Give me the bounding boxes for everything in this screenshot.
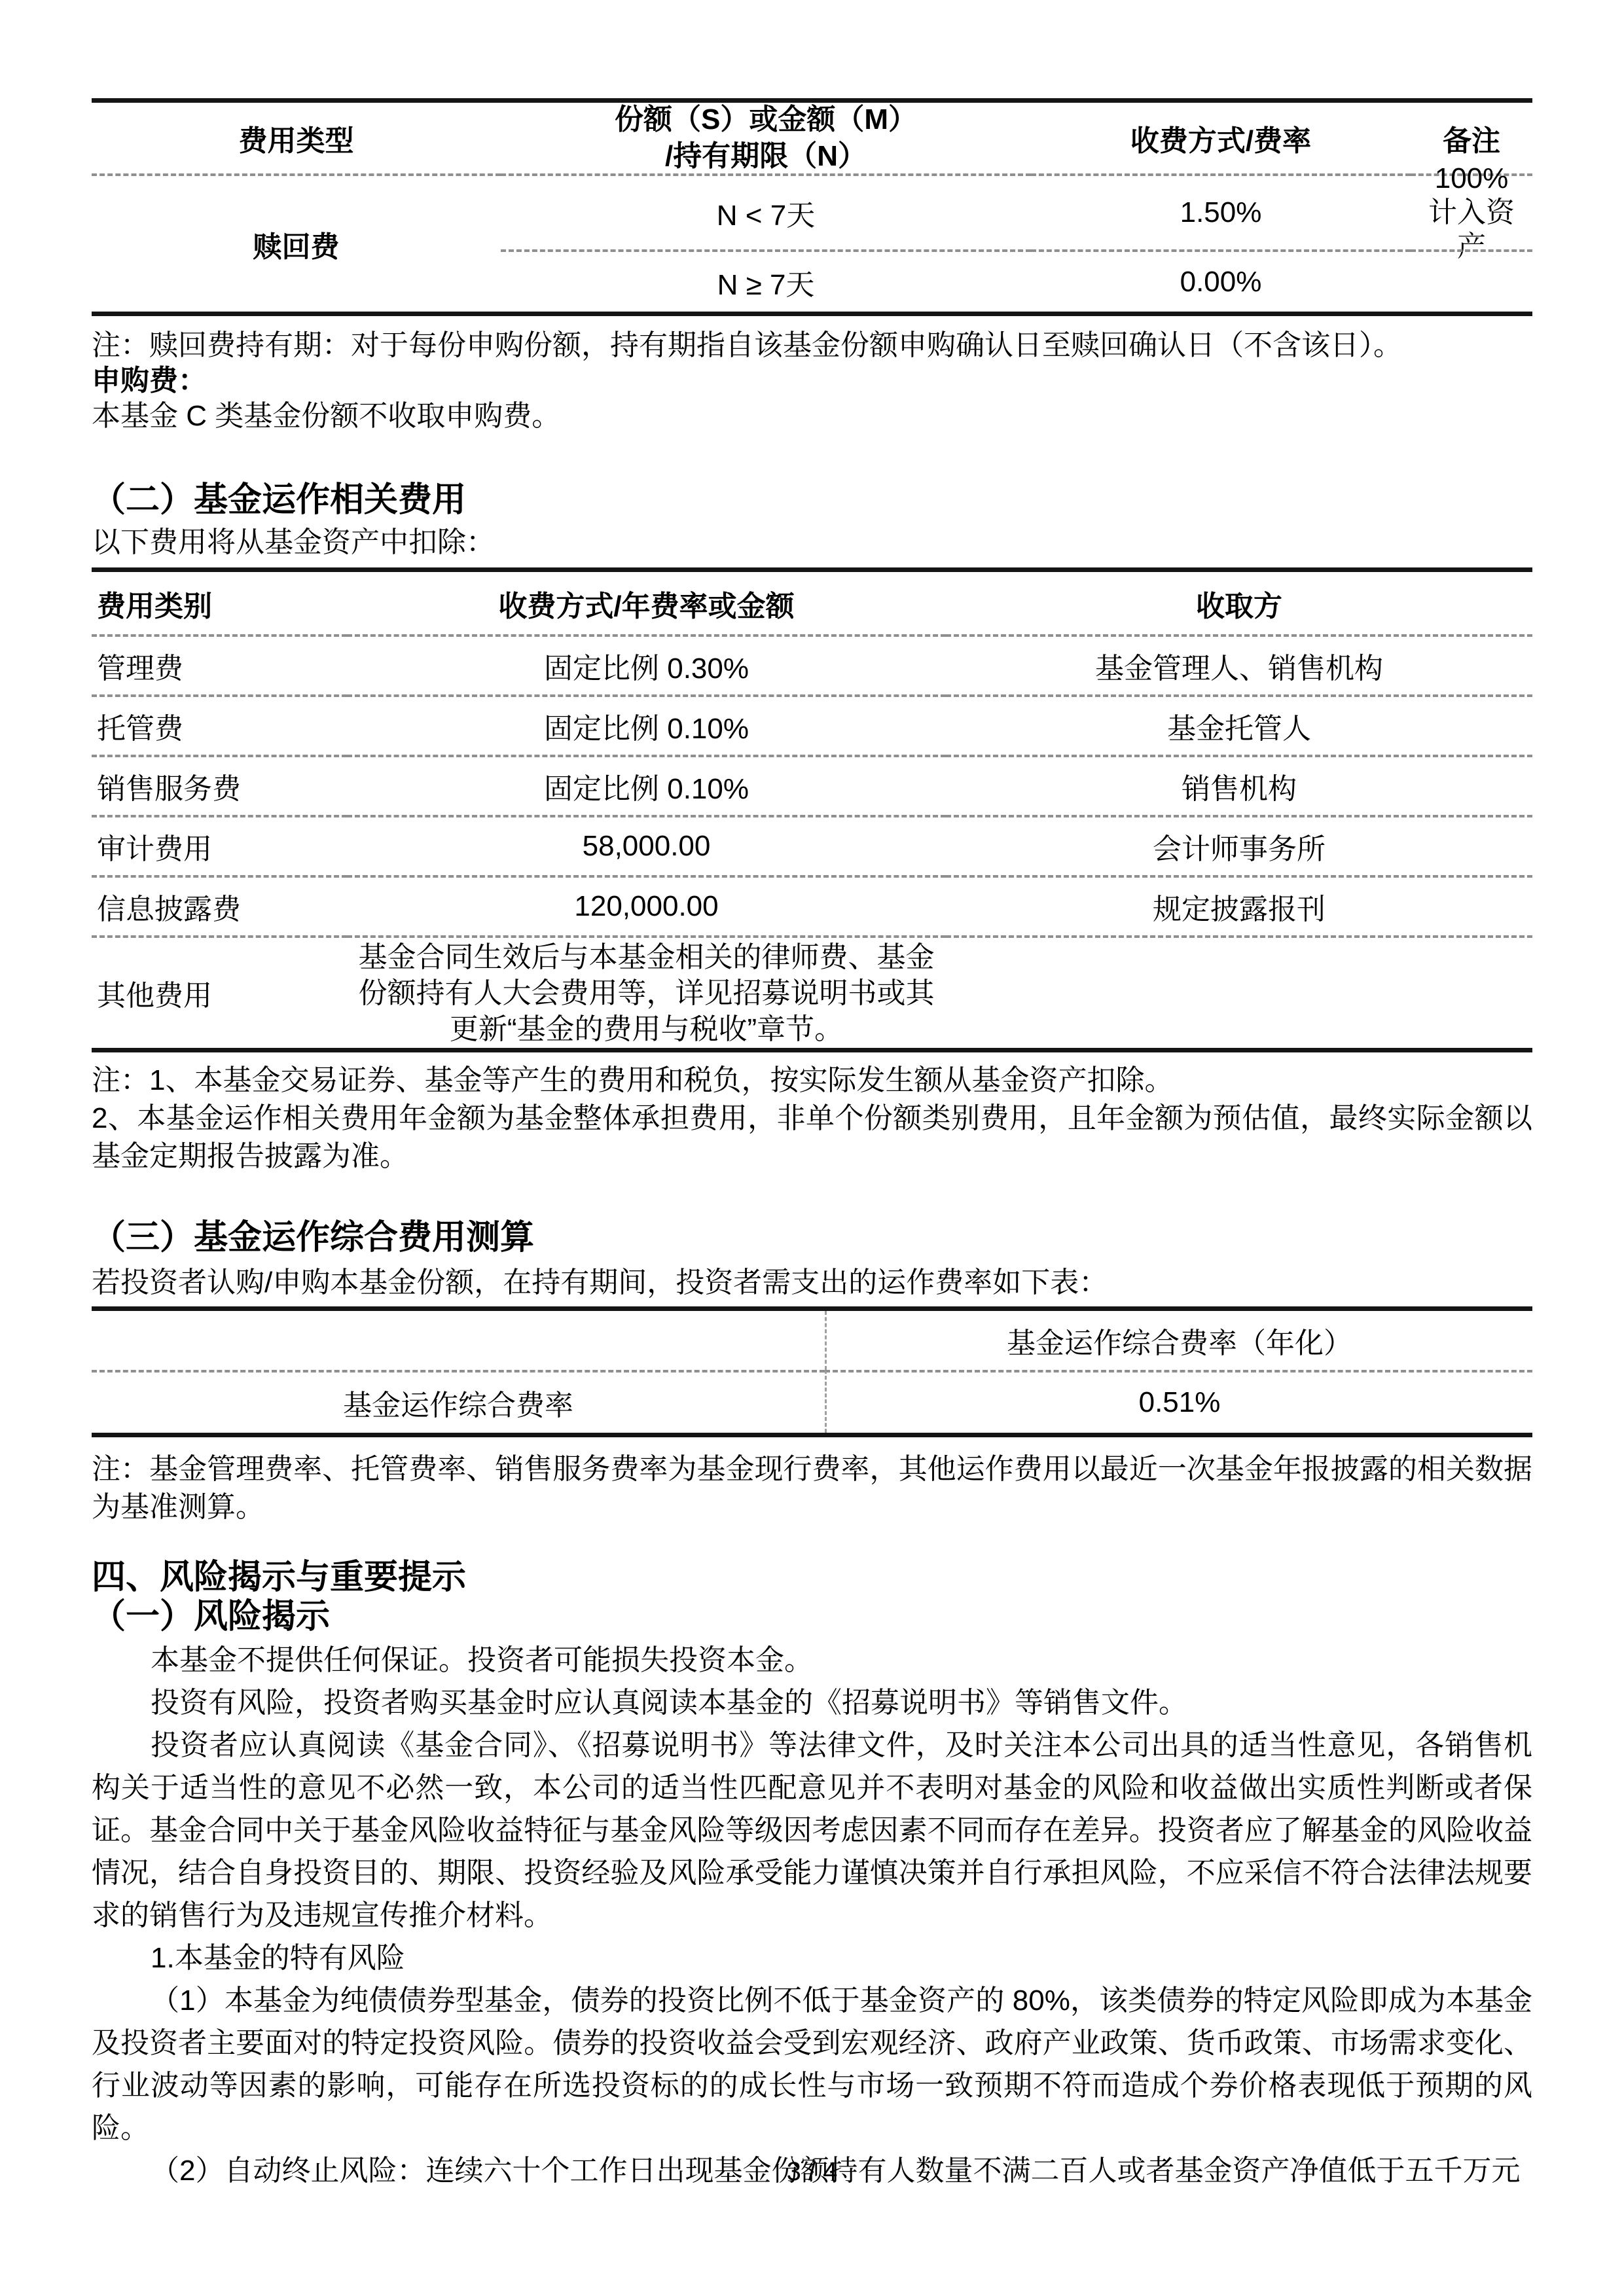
t2-row-disclosure-collector: 规定披露报刊 (946, 875, 1532, 935)
t2-row-management-label: 管理费 (92, 634, 347, 694)
document-page: 费用类型 份额（S）或金额（M） /持有期限（N） 收费方式/费率 备注 赎回费… (0, 0, 1624, 2296)
t2-row-custody-label: 托管费 (92, 694, 347, 755)
t1-row1-note: 100%计入资产 (1411, 176, 1532, 249)
t2-row-disclosure-amount: 120,000.00 (347, 875, 946, 935)
section2-heading: （二）基金运作相关费用 (92, 480, 1532, 520)
t2-row-disclosure-label: 信息披露费 (92, 875, 347, 935)
t1-header-share-line2: /持有期限（N） (615, 138, 917, 175)
operating-fees-table: 费用类别 收费方式/年费率或金额 收取方 管理费 固定比例 0.30% 基金管理… (92, 567, 1532, 1052)
t2-header-category: 费用类别 (92, 572, 347, 634)
risk-paragraph-3: 投资者应认真阅读《基金合同》、《招募说明书》等法律文件，及时关注本公司出具的适当… (92, 1724, 1532, 1937)
risk-paragraph-2: 投资有风险，投资者购买基金时应认真阅读本基金的《招募说明书》等销售文件。 (92, 1681, 1532, 1724)
t2-row-management-rate: 固定比例 0.30% (347, 634, 946, 694)
risk-paragraph-4: 1.本基金的特有风险 (92, 1937, 1532, 1979)
section2-note-2: 2、本基金运作相关费用年金额为基金整体承担费用，非单个份额类别费用，且年金额为预… (92, 1100, 1532, 1175)
section2-note-1: 注：1、本基金交易证券、基金等产生的费用和税负，按实际发生额从基金资产扣除。 (92, 1062, 1532, 1100)
t3-row-label: 基金运作综合费率 (92, 1370, 825, 1433)
section4-heading: 四、风险揭示与重要提示 (92, 1558, 1532, 1597)
t2-header-method: 收费方式/年费率或金额 (347, 572, 946, 634)
comprehensive-fee-table: 基金运作综合费率（年化） 基金运作综合费率 0.51% (92, 1306, 1532, 1437)
t2-header-collector: 收取方 (946, 572, 1532, 634)
t1-header-rate: 收费方式/费率 (1031, 103, 1411, 176)
section3-intro: 若投资者认购/申购本基金份额，在持有期间，投资者需支出的运作费率如下表： (92, 1266, 1532, 1300)
subscription-fee-text: 本基金 C 类基金份额不收取申购费。 (92, 399, 1532, 434)
t2-row-other-label: 其他费用 (92, 935, 347, 1048)
t1-row1-condition: N < 7天 (501, 176, 1031, 249)
t2-row-audit-label: 审计费用 (92, 815, 347, 875)
t1-row1-rate: 1.50% (1031, 176, 1411, 249)
subscription-fee-label: 申购费： (92, 363, 1532, 399)
t1-row-label-redemption-fee: 赎回费 (92, 176, 501, 312)
t2-row-custody-collector: 基金托管人 (946, 694, 1532, 755)
t1-header-fee-type: 费用类型 (92, 103, 501, 176)
t2-row-other-description: 基金合同生效后与本基金相关的律师费、基金份额持有人大会费用等，详见招募说明书或其… (347, 935, 946, 1048)
t1-header-share-amount: 份额（S）或金额（M） /持有期限（N） (501, 103, 1031, 176)
risk-paragraph-1: 本基金不提供任何保证。投资者可能损失投资本金。 (92, 1639, 1532, 1681)
t2-row-custody-rate: 固定比例 0.10% (347, 694, 946, 755)
t2-row-sales-service-collector: 销售机构 (946, 755, 1532, 815)
t2-row-audit-amount: 58,000.00 (347, 815, 946, 875)
t3-row-value: 0.51% (825, 1370, 1532, 1433)
risk-paragraph-5: （1）本基金为纯债债券型基金，债券的投资比例不低于基金资产的 80%，该类债券的… (92, 1979, 1532, 2149)
redemption-fee-note: 注：赎回费持有期：对于每份申购份额，持有期指自该基金份额申购确认日至赎回确认日（… (92, 328, 1532, 363)
section4-sub-heading: （一）风险揭示 (92, 1597, 1532, 1636)
t3-header-left-empty (92, 1311, 825, 1370)
t1-row2-note (1411, 249, 1532, 312)
t2-row-sales-service-label: 销售服务费 (92, 755, 347, 815)
t2-row-other-collector (946, 935, 1532, 1048)
t1-row2-condition: N ≥ 7天 (501, 249, 1031, 312)
section3-heading: （三）基金运作综合费用测算 (92, 1217, 1532, 1258)
t2-row-sales-service-rate: 固定比例 0.10% (347, 755, 946, 815)
t2-row-audit-collector: 会计师事务所 (946, 815, 1532, 875)
section2-notes: 注：1、本基金交易证券、基金等产生的费用和税负，按实际发生额从基金资产扣除。 2… (92, 1062, 1532, 1175)
section2-intro: 以下费用将从基金资产中扣除： (92, 526, 1532, 560)
t3-header-annualized-rate: 基金运作综合费率（年化） (825, 1311, 1532, 1370)
section3-note: 注：基金管理费率、托管费率、销售服务费率为基金现行费率，其他运作费用以最近一次基… (92, 1450, 1532, 1526)
t2-row-management-collector: 基金管理人、销售机构 (946, 634, 1532, 694)
t1-row2-rate: 0.00% (1031, 249, 1411, 312)
page-number: 3 / 4 (0, 2157, 1624, 2186)
redemption-fee-table: 费用类型 份额（S）或金额（M） /持有期限（N） 收费方式/费率 备注 赎回费… (92, 98, 1532, 316)
t1-header-share-line1: 份额（S）或金额（M） (615, 101, 917, 138)
